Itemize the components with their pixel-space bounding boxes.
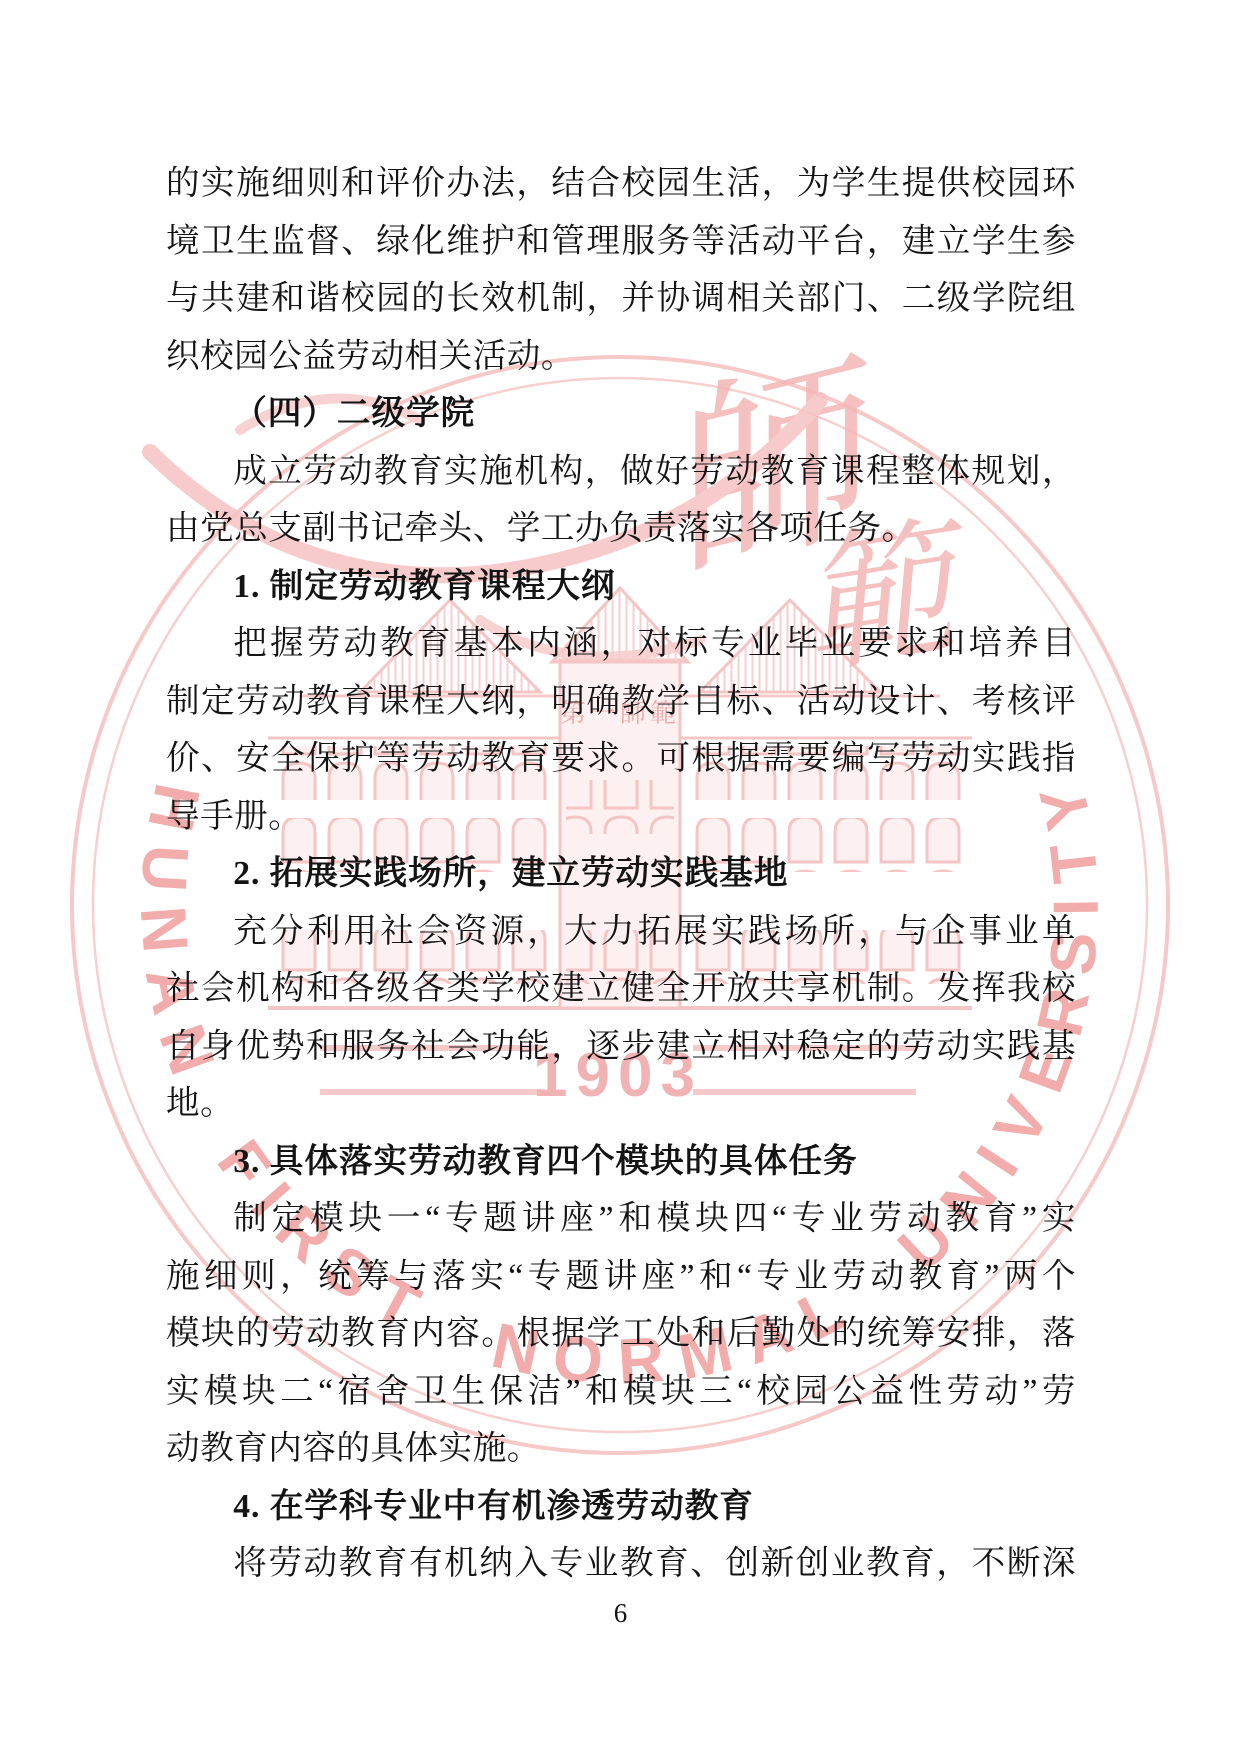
text-line: 由党总支副书记牵头、学工办负责落实各项任务。 [166, 500, 1076, 558]
text-line: 社会机构和各级各类学校建立健全开放共享机制。发挥我校 [166, 960, 1076, 1018]
text-line: 制定劳动教育课程大纲，明确教学目标、活动设计、考核评 [166, 673, 1076, 731]
text-line: 充分利用社会资源，大力拓展实践场所，与企事业单位、 [166, 903, 1076, 961]
text-line: 境卫生监督、绿化维护和管理服务等活动平台，建立学生参 [166, 213, 1076, 271]
text-line: 自身优势和服务社会功能，逐步建立相对稳定的劳动实践基 [166, 1018, 1076, 1076]
text-line: 将劳动教育有机纳入专业教育、创新创业教育，不断深 [166, 1535, 1076, 1593]
heading-line: 2. 拓展实践场所，建立劳动实践基地 [166, 845, 1076, 903]
heading-line: 3. 具体落实劳动教育四个模块的具体任务 [166, 1133, 1076, 1191]
heading-line: （四）二级学院 [166, 385, 1076, 443]
heading-line: 4. 在学科专业中有机渗透劳动教育 [166, 1478, 1076, 1536]
text-line: 的实施细则和评价办法，结合校园生活，为学生提供校园环 [166, 155, 1076, 213]
text-line: 地。 [166, 1075, 1076, 1133]
document-text: 的实施细则和评价办法，结合校园生活，为学生提供校园环境卫生监督、绿化维护和管理服… [166, 155, 1076, 1593]
text-line: 实模块二“宿舍卫生保洁”和模块三“校园公益性劳动”劳 [166, 1363, 1076, 1421]
text-line: 织校园公益劳动相关活动。 [166, 328, 1076, 386]
text-line: 导手册。 [166, 788, 1076, 846]
text-line: 成立劳动教育实施机构，做好劳动教育课程整体规划， [166, 443, 1076, 501]
text-line: 把握劳动教育基本内涵，对标专业毕业要求和培养目标， [166, 615, 1076, 673]
text-line: 模块的劳动教育内容。根据学工处和后勤处的统筹安排，落 [166, 1305, 1076, 1363]
text-line: 制定模块一“专题讲座”和模块四“专业劳动教育”实 [166, 1190, 1076, 1248]
document-page: HUNAN FIRST NORMAL UNIVERSITY 第一師範 [0, 0, 1241, 1755]
text-line: 施细则，统筹与落实“专题讲座”和“专业劳动教育”两个 [166, 1248, 1076, 1306]
heading-line: 1. 制定劳动教育课程大纲 [166, 558, 1076, 616]
text-line: 价、安全保护等劳动教育要求。可根据需要编写劳动实践指 [166, 730, 1076, 788]
text-line: 动教育内容的具体实施。 [166, 1420, 1076, 1478]
text-line: 与共建和谐校园的长效机制，并协调相关部门、二级学院组 [166, 270, 1076, 328]
page-number: 6 [0, 1598, 1241, 1629]
